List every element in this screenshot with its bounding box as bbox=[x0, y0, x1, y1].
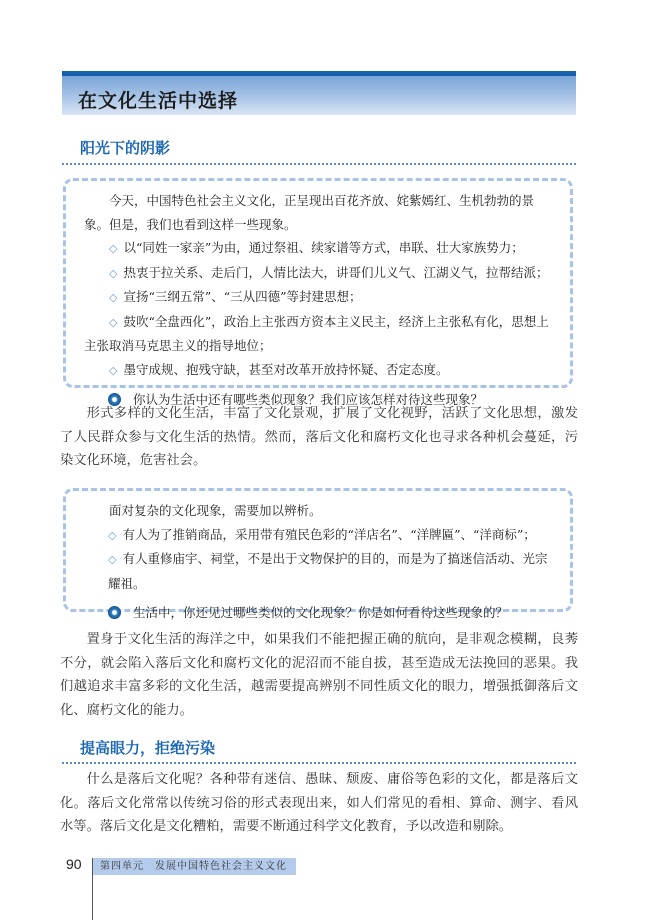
list-item: ◇有人为了推销商品，采用带有殖民色彩的“洋店名”、“洋牌匾”、“洋商标”； bbox=[84, 523, 552, 548]
question-disc-icon bbox=[108, 606, 121, 619]
diamond-icon: ◇ bbox=[108, 553, 116, 566]
list-item: ◇墨守成规、抱残守缺，甚至对改革开放持怀疑、否定态度。 bbox=[84, 358, 552, 383]
diamond-icon: ◇ bbox=[109, 291, 117, 304]
divider bbox=[62, 762, 576, 764]
diamond-icon: ◇ bbox=[108, 529, 116, 542]
diamond-icon: ◇ bbox=[109, 364, 117, 377]
unit-title-bar: 第四单元 发展中国特色社会主义文化 bbox=[93, 858, 296, 875]
section-heading-raise-vision: 提高眼力，拒绝污染 bbox=[80, 737, 215, 758]
paragraph: 形式多样的文化生活，丰富了文化景观，扩展了文化视野，活跃了文化思想，激发了人民群… bbox=[60, 402, 578, 473]
case-box-1: 今天，中国特色社会主义文化，正呈现出百花齐放、姹紫嫣红、生机勃勃的景象。但是，我… bbox=[63, 178, 573, 388]
list-item: ◇热衷于拉关系、走后门，人情比法大，讲哥们儿义气、江湖义气，拉帮结派； bbox=[84, 261, 552, 286]
box-intro: 面对复杂的文化现象，需要加以辨析。 bbox=[84, 499, 552, 523]
list-item: ◇有人重修庙宇、祠堂，不是出于文物保护的目的，而是为了搞迷信活动、光宗耀祖。 bbox=[84, 547, 552, 595]
list-item: ◇鼓吹“全盘西化”，政治上主张西方资本主义民主，经济上主张私有化，思想上主张取消… bbox=[84, 310, 552, 358]
page-number: 90 bbox=[66, 856, 82, 872]
chapter-title: 在文化生活中选择 bbox=[78, 86, 238, 113]
diamond-icon: ◇ bbox=[109, 316, 117, 329]
discussion-question: 生活中，你还见过哪些类似的文化现象？你是如何看待这些现象的？ bbox=[84, 601, 552, 624]
paragraph: 什么是落后文化呢？各种带有迷信、愚昧、颓废、庸俗等色彩的文化，都是落后文化。落后… bbox=[60, 768, 578, 839]
case-box-2: 面对复杂的文化现象，需要加以辨析。 ◇有人为了推销商品，采用带有殖民色彩的“洋店… bbox=[63, 488, 573, 612]
diamond-icon: ◇ bbox=[109, 242, 117, 255]
chapter-title-bar: 在文化生活中选择 bbox=[62, 71, 576, 115]
diamond-icon: ◇ bbox=[109, 267, 117, 280]
list-item: ◇以“同姓一家亲”为由，通过祭祖、续家谱等方式，串联、壮大家族势力； bbox=[84, 236, 552, 261]
list-item: ◇宣扬“三纲五常”、“三从四德”等封建思想； bbox=[84, 285, 552, 310]
box-intro: 今天，中国特色社会主义文化，正呈现出百花齐放、姹紫嫣红、生机勃勃的景象。但是，我… bbox=[84, 189, 552, 236]
divider bbox=[62, 163, 576, 165]
paragraph: 置身于文化生活的海洋之中，如果我们不能把握正确的航向，是非观念模糊，良莠不分，就… bbox=[60, 628, 578, 722]
section-heading-shadows: 阳光下的阴影 bbox=[80, 137, 170, 158]
